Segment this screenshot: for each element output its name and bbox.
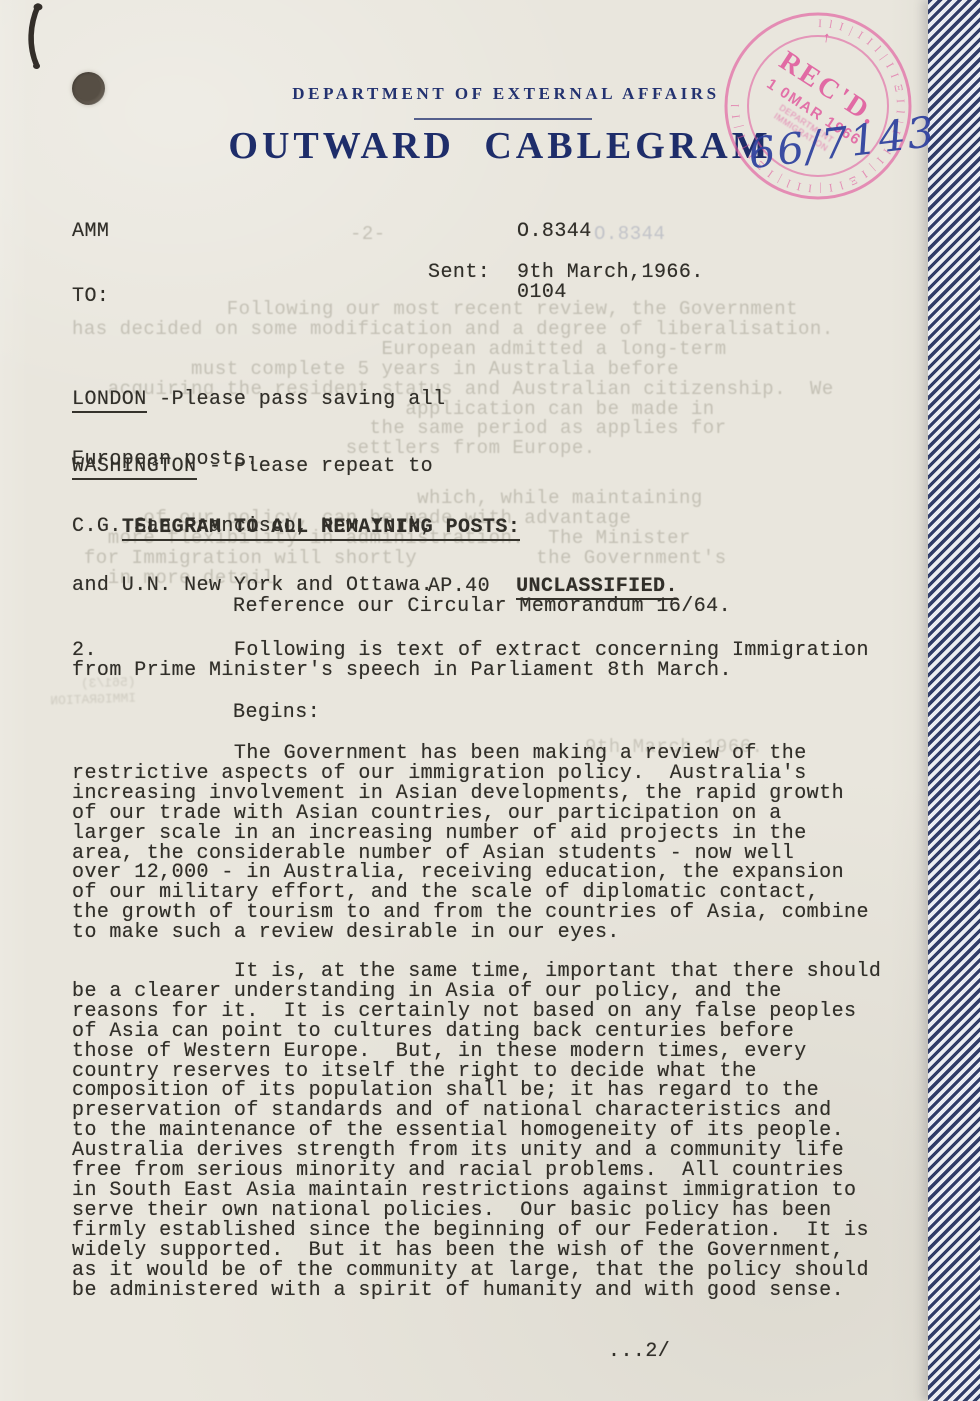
paragraph-policy: It is, at the same time, important that … — [72, 962, 881, 1300]
all-posts-heading-text: TELEGRAM TO ALL REMAINING POSTS: — [122, 516, 520, 541]
reference-line: Reference our Circular Memorandum 16/64. — [233, 597, 731, 617]
binding-stripe-edge — [928, 0, 980, 1401]
heading-rule — [414, 118, 592, 120]
ghost-page-number: -2- — [350, 225, 386, 245]
paragraph-2: 2. Following is text of extract concerni… — [72, 641, 869, 681]
washington-post-label: WASHINGTON — [72, 455, 197, 480]
london-post-label: LONDON — [72, 388, 147, 413]
london-instruction-text: -Please pass saving all — [147, 388, 446, 411]
sent-date: 9th March,1966. — [517, 263, 704, 283]
cablegram-page: -2- O.8344 Following our most recent rev… — [0, 0, 980, 1401]
routing-code: AMM — [72, 222, 109, 242]
pen-mark — [18, 0, 78, 85]
to-label: TO: — [72, 287, 109, 307]
sent-label: Sent: — [428, 263, 490, 283]
sent-time: 0104 — [517, 283, 567, 303]
received-stamp: I l I | I I l | I I Ξ I l | I I l I | I … — [716, 4, 920, 208]
all-posts-heading: TELEGRAM TO ALL REMAINING POSTS: — [72, 498, 520, 558]
serial-number: O.8344 — [517, 222, 592, 242]
ghost-serial: O.8344 — [594, 225, 665, 245]
begins-label: Begins: — [233, 703, 320, 723]
paragraph-review: The Government has been making a review … — [72, 744, 869, 943]
page-continuation-marker: ...2/ — [608, 1342, 670, 1362]
washington-instruction-text: - Please repeat to — [197, 455, 434, 478]
